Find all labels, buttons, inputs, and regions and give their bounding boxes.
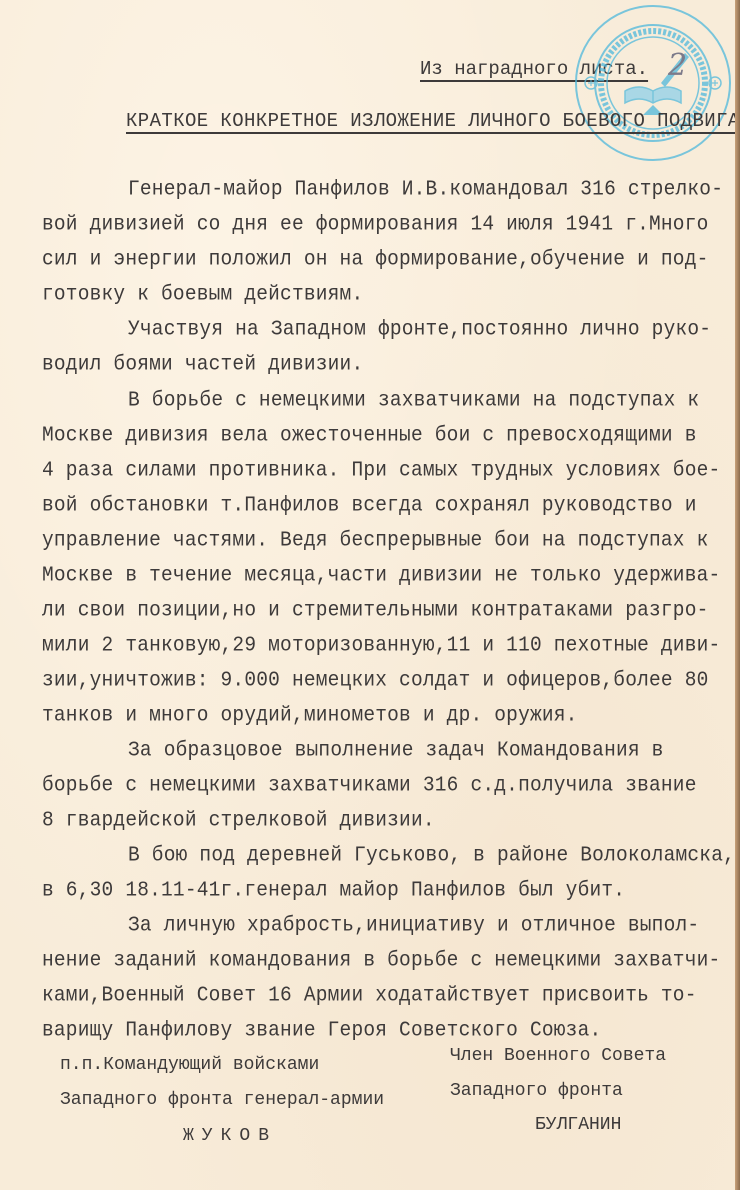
document-page: Из наградного листа. 2 КРАТКОЕ КОНКРЕТНО…: [0, 0, 735, 1190]
archive-stamp-icon: [573, 3, 733, 163]
signature-right-name: БУЛГАНИН: [535, 1115, 621, 1135]
text-line: За образцовое выполнение задач Командова…: [128, 738, 664, 762]
text-line: вой дивизией со дня ее формирования 14 и…: [42, 212, 709, 236]
text-line: В борьбе с немецкими захватчиками на под…: [128, 388, 699, 412]
text-line: 8 гвардейской стрелковой дивизии.: [42, 808, 435, 832]
paper-edge: [735, 0, 740, 1190]
handwritten-page-number: 2: [668, 48, 687, 83]
text-line: мили 2 танковую,29 моторизованную,11 и 1…: [42, 633, 720, 657]
text-line: За личную храбрость,инициативу и отлично…: [128, 913, 699, 937]
signature-left-title: п.п.Командующий войсками: [60, 1055, 319, 1075]
signature-left-name: ЖУКОВ: [183, 1126, 277, 1146]
text-line: Генерал-майор Панфилов И.В.командовал 31…: [128, 177, 723, 201]
text-line: нение заданий командования в борьбе с не…: [42, 948, 720, 972]
text-line: варищу Панфилову звание Героя Советского…: [42, 1018, 601, 1042]
text-line: 4 раза силами противника. При самых труд…: [42, 458, 720, 482]
text-line: Москве дивизия вела ожесточенные бои с п…: [42, 423, 697, 447]
document-title: КРАТКОЕ КОНКРЕТНОЕ ИЗЛОЖЕНИЕ ЛИЧНОГО БОЕ…: [126, 110, 740, 132]
text-line: ками,Военный Совет 16 Армии ходатайствуе…: [42, 983, 697, 1007]
text-line: управление частями. Ведя беспрерывные бо…: [42, 528, 709, 552]
text-line: в 6,30 18.11-41г.генерал майор Панфилов …: [42, 878, 625, 902]
signature-right-title-2: Западного фронта: [450, 1081, 623, 1101]
text-line: ли свои позиции,но и стремительными конт…: [42, 598, 709, 622]
text-line: зии,уничтожив: 9.000 немецких солдат и о…: [42, 668, 709, 692]
text-line: водил боями частей дивизии.: [42, 352, 363, 376]
text-line: вой обстановки т.Панфилов всегда сохраня…: [42, 493, 697, 517]
text-line: сил и энергии положил он на формирование…: [42, 247, 709, 271]
signature-right-title: Член Военного Совета: [450, 1046, 666, 1066]
signature-left-title-2: Западного фронта генерал-армии: [60, 1090, 384, 1110]
text-line: Москве в течение месяца,части дивизии не…: [42, 563, 720, 587]
text-line: Участвуя на Западном фронте,постоянно ли…: [128, 317, 711, 341]
text-line: танков и много орудий,минометов и др. ор…: [42, 703, 578, 727]
text-line: готовку к боевым действиям.: [42, 282, 363, 306]
text-line: борьбе с немецкими захватчиками 316 с.д.…: [42, 773, 697, 797]
text-line: В бою под деревней Гуськово, в районе Во…: [128, 843, 735, 867]
